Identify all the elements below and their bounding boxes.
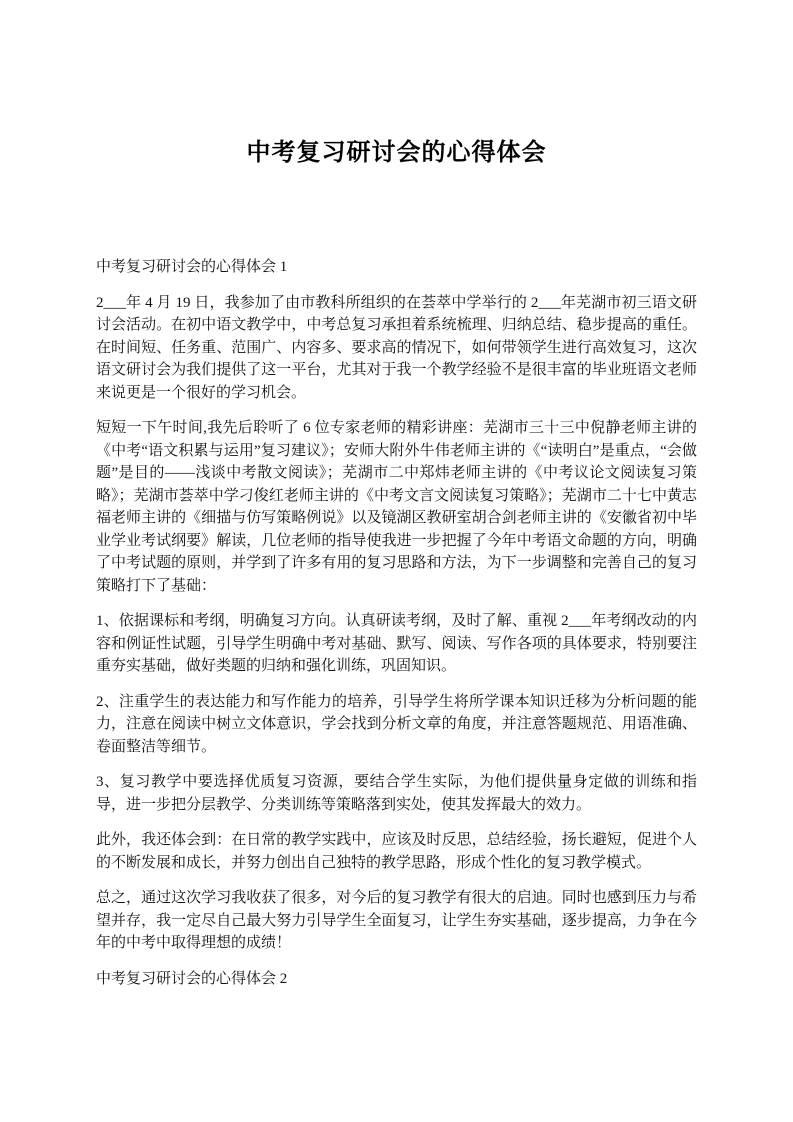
document-body: 中考复习研讨会的心得体会 1 2___年 4 月 19 日，我参加了由市教科所组… bbox=[96, 256, 697, 1003]
paragraph-point-1: 1、依据课标和考纲，明确复习方向。认真研读考纲，及时了解、重视 2___年考纲改… bbox=[96, 610, 697, 678]
document-page: 中考复习研讨会的心得体会 中考复习研讨会的心得体会 1 2___年 4 月 19… bbox=[0, 0, 793, 1122]
section-heading-2: 中考复习研讨会的心得体会 2 bbox=[96, 968, 697, 991]
paragraph-point-2: 2、注重学生的表达能力和写作能力的培养，引导学生将所学课本知识迁移为分析问题的能… bbox=[96, 691, 697, 759]
paragraph-intro: 2___年 4 月 19 日，我参加了由市教科所组织的在荟萃中学举行的 2___… bbox=[96, 292, 697, 405]
paragraph-additional: 此外，我还体会到：在日常的教学实践中，应该及时反思，总结经验，扬长避短，促进个人… bbox=[96, 829, 697, 874]
paragraph-lectures: 短短一下午时间,我先后聆听了 6 位专家老师的精彩讲座：芜湖市三十三中倪静老师主… bbox=[96, 417, 697, 597]
document-title: 中考复习研讨会的心得体会 bbox=[0, 0, 793, 168]
paragraph-conclusion: 总之，通过这次学习我收获了很多，对今后的复习教学有很大的启迪。同时也感到压力与希… bbox=[96, 887, 697, 955]
paragraph-point-3: 3、复习教学中要选择优质复习资源，要结合学生实际，为他们提供量身定做的训练和指导… bbox=[96, 771, 697, 816]
section-heading-1: 中考复习研讨会的心得体会 1 bbox=[96, 256, 697, 279]
